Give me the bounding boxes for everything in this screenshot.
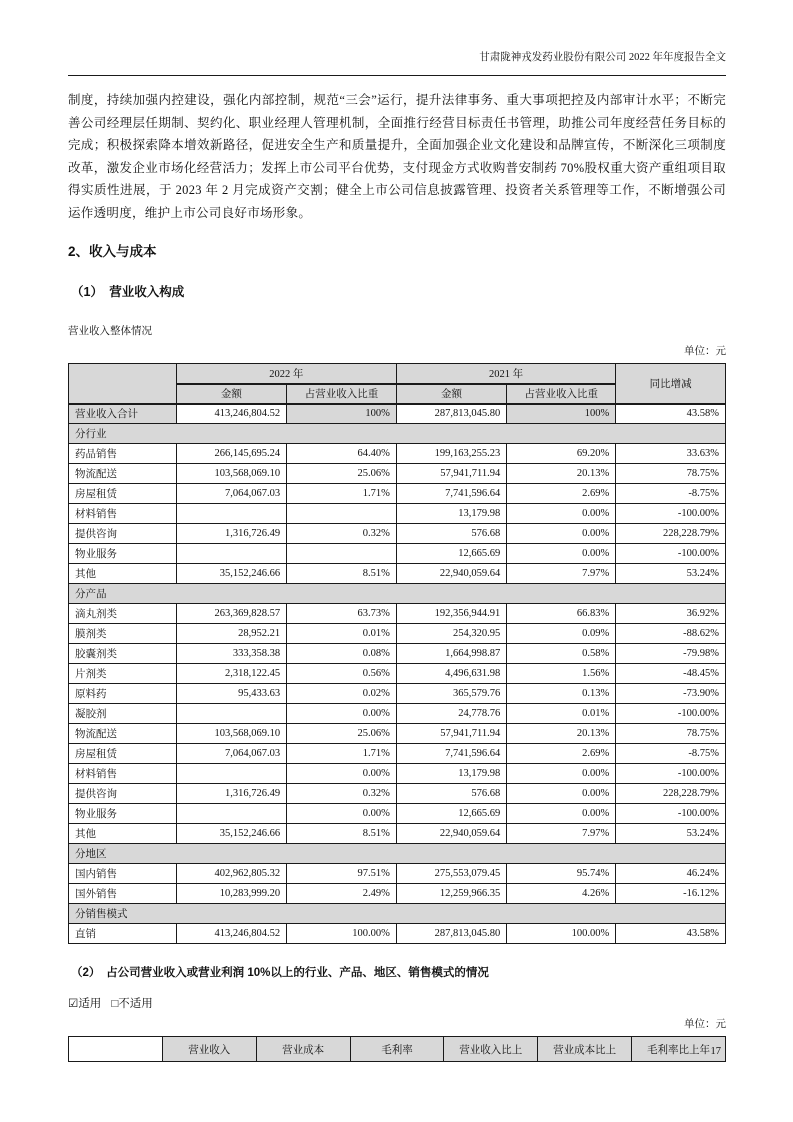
value-cell: 0.09%	[507, 624, 616, 644]
column-header: 毛利率	[350, 1037, 444, 1062]
value-cell: 12,665.69	[396, 544, 506, 564]
value-cell: 254,320.95	[396, 624, 506, 644]
value-cell: 576.68	[396, 784, 506, 804]
value-cell: 7,741,596.64	[396, 484, 506, 504]
column-header: 营业成本	[256, 1037, 350, 1062]
table-row: 其他35,152,246.668.51%22,940,059.647.97%53…	[69, 824, 726, 844]
value-cell: 66.83%	[507, 604, 616, 624]
row-label: 其他	[69, 824, 177, 844]
revenue-table-body: 营业收入合计413,246,804.52100%287,813,045.8010…	[69, 404, 726, 944]
value-cell: -8.75%	[616, 484, 726, 504]
value-cell: 1.71%	[287, 484, 397, 504]
value-cell: 46.24%	[616, 864, 726, 884]
row-label: 胶囊剂类	[69, 644, 177, 664]
value-cell: 24,778.76	[396, 704, 506, 724]
value-cell: 7,064,067.03	[176, 744, 286, 764]
value-cell: 1,316,726.49	[176, 524, 286, 544]
value-cell: 53.24%	[616, 824, 726, 844]
value-cell: 63.73%	[287, 604, 397, 624]
section-row: 分行业	[69, 424, 726, 444]
table-row: 材料销售13,179.980.00%-100.00%	[69, 504, 726, 524]
table-row: 国外销售10,283,999.202.49%12,259,966.354.26%…	[69, 884, 726, 904]
section-label: 分产品	[69, 584, 726, 604]
value-cell: 103,568,069.10	[176, 464, 286, 484]
value-cell: -100.00%	[616, 804, 726, 824]
value-cell: 0.00%	[507, 784, 616, 804]
value-cell: 263,369,828.57	[176, 604, 286, 624]
value-cell: 0.00%	[507, 504, 616, 524]
value-cell: 13,179.98	[396, 764, 506, 784]
value-cell: 402,962,805.32	[176, 864, 286, 884]
table-row-total: 营业收入合计413,246,804.52100%287,813,045.8010…	[69, 404, 726, 424]
value-cell: 100%	[507, 404, 616, 424]
body-paragraph: 制度，持续加强内控建设，强化内部控制，规范“三会”运行，提升法律事务、重大事项把…	[68, 89, 726, 224]
row-label: 材料销售	[69, 504, 177, 524]
table-row: 凝胶剂0.00%24,778.760.01%-100.00%	[69, 704, 726, 724]
value-cell: 13,179.98	[396, 504, 506, 524]
value-cell: 0.00%	[287, 764, 397, 784]
row-label: 膜剂类	[69, 624, 177, 644]
value-cell: 0.00%	[507, 524, 616, 544]
column-header: 营业成本比上	[538, 1037, 632, 1062]
value-cell: -88.62%	[616, 624, 726, 644]
table-row: 滴丸剂类263,369,828.5763.73%192,356,944.9166…	[69, 604, 726, 624]
row-label: 房屋租赁	[69, 484, 177, 504]
value-cell: 2.69%	[507, 744, 616, 764]
corner-cell	[69, 364, 177, 404]
value-cell: 2.69%	[507, 484, 616, 504]
value-cell	[176, 804, 286, 824]
value-cell: 576.68	[396, 524, 506, 544]
value-cell: 7.97%	[507, 824, 616, 844]
section-label: 分行业	[69, 424, 726, 444]
applicability-line: ☑适用□不适用	[68, 997, 726, 1012]
value-cell: 8.51%	[287, 824, 397, 844]
row-label: 材料销售	[69, 764, 177, 784]
value-cell: 1,316,726.49	[176, 784, 286, 804]
value-cell: 0.00%	[507, 544, 616, 564]
unit-label-1: 单位：元	[68, 345, 726, 359]
value-cell: 0.00%	[507, 764, 616, 784]
row-label: 营业收入合计	[69, 404, 177, 424]
value-cell: -79.98%	[616, 644, 726, 664]
unit-label-2: 单位：元	[68, 1018, 726, 1032]
checked-checkbox-icon: ☑	[68, 998, 78, 1010]
running-header: 甘肃陇神戎发药业股份有限公司 2022 年年度报告全文	[68, 0, 726, 76]
not-applicable-label: 不适用	[118, 998, 153, 1010]
value-cell: 228,228.79%	[616, 784, 726, 804]
value-cell: 287,813,045.80	[396, 924, 506, 944]
running-header-title: 甘肃陇神戎发药业股份有限公司 2022 年年度报告全文	[479, 52, 726, 63]
value-cell	[176, 544, 286, 564]
row-label: 药品销售	[69, 444, 177, 464]
value-cell: 53.24%	[616, 564, 726, 584]
section-heading: 2、收入与成本	[68, 243, 726, 260]
value-cell: 43.58%	[616, 404, 726, 424]
value-cell: 4.26%	[507, 884, 616, 904]
value-cell: 413,246,804.52	[176, 924, 286, 944]
row-label: 物流配送	[69, 464, 177, 484]
value-cell: 0.02%	[287, 684, 397, 704]
value-cell: 25.06%	[287, 724, 397, 744]
table-row: 提供咨询1,316,726.490.32%576.680.00%228,228.…	[69, 524, 726, 544]
value-cell: 0.00%	[287, 804, 397, 824]
column-header: 营业收入比上	[444, 1037, 538, 1062]
subsection-1-heading: （1） 营业收入构成	[68, 284, 726, 300]
year-2022-header: 2022 年	[176, 364, 396, 384]
row-label: 片剂类	[69, 664, 177, 684]
value-cell: 0.00%	[507, 804, 616, 824]
value-cell: 78.75%	[616, 724, 726, 744]
value-cell	[287, 544, 397, 564]
table1-caption: 营业收入整体情况	[68, 325, 726, 339]
page-number: 17	[711, 1046, 722, 1057]
value-cell: 35,152,246.66	[176, 564, 286, 584]
value-cell: -8.75%	[616, 744, 726, 764]
value-cell: 413,246,804.52	[176, 404, 286, 424]
value-cell: 22,940,059.64	[396, 824, 506, 844]
not-applicable-option: □不适用	[111, 998, 152, 1010]
value-cell: 1.71%	[287, 744, 397, 764]
value-cell: 69.20%	[507, 444, 616, 464]
applicable-label: 适用	[78, 998, 101, 1010]
row-label: 凝胶剂	[69, 704, 177, 724]
value-cell: 78.75%	[616, 464, 726, 484]
value-cell	[287, 504, 397, 524]
value-cell: 100.00%	[287, 924, 397, 944]
row-label: 提供咨询	[69, 524, 177, 544]
section-row: 分产品	[69, 584, 726, 604]
section-row: 分销售模式	[69, 904, 726, 924]
value-cell: 192,356,944.91	[396, 604, 506, 624]
row-label: 房屋租赁	[69, 744, 177, 764]
table-row: 房屋租赁7,064,067.031.71%7,741,596.642.69%-8…	[69, 744, 726, 764]
value-cell: 2.49%	[287, 884, 397, 904]
revenue-composition-table: 2022 年 2021 年 同比增减 金额 占营业收入比重 金额 占营业收入比重…	[68, 363, 726, 944]
value-cell: 365,579.76	[396, 684, 506, 704]
table-row: 物流配送103,568,069.1025.06%57,941,711.9420.…	[69, 464, 726, 484]
value-cell: 0.58%	[507, 644, 616, 664]
value-cell: -100.00%	[616, 764, 726, 784]
value-cell: 57,941,711.94	[396, 464, 506, 484]
value-cell: 10,283,999.20	[176, 884, 286, 904]
value-cell: 0.08%	[287, 644, 397, 664]
row-label: 物业服务	[69, 544, 177, 564]
value-cell: -48.45%	[616, 664, 726, 684]
value-cell: 100.00%	[507, 924, 616, 944]
table-row: 物业服务12,665.690.00%-100.00%	[69, 544, 726, 564]
value-cell: 100%	[287, 404, 397, 424]
row-label: 物流配送	[69, 724, 177, 744]
value-cell	[176, 704, 286, 724]
table-row: 原料药95,433.630.02%365,579.760.13%-73.90%	[69, 684, 726, 704]
applicable-option: ☑适用	[68, 998, 101, 1010]
value-cell: -73.90%	[616, 684, 726, 704]
row-label: 国外销售	[69, 884, 177, 904]
value-cell: -100.00%	[616, 504, 726, 524]
value-cell: 8.51%	[287, 564, 397, 584]
value-cell: 35,152,246.66	[176, 824, 286, 844]
value-cell: 2,318,122.45	[176, 664, 286, 684]
value-cell: 0.01%	[507, 704, 616, 724]
value-cell: 0.56%	[287, 664, 397, 684]
table-header-row-years: 2022 年 2021 年 同比增减	[69, 364, 726, 384]
value-cell: 28,952.21	[176, 624, 286, 644]
value-cell: -16.12%	[616, 884, 726, 904]
subsection-2-heading: （2） 占公司营业收入或营业利润 10%以上的行业、产品、地区、销售模式的情况	[68, 966, 726, 981]
section-row: 分地区	[69, 844, 726, 864]
row-label: 直销	[69, 924, 177, 944]
segment-table-header-row: 营业收入营业成本毛利率营业收入比上营业成本比上毛利率比上年	[69, 1037, 726, 1062]
value-cell: 64.40%	[287, 444, 397, 464]
yoy-header: 同比增减	[616, 364, 726, 404]
value-cell: 97.51%	[287, 864, 397, 884]
value-cell: 0.01%	[287, 624, 397, 644]
value-cell: 20.13%	[507, 464, 616, 484]
corner-cell	[69, 1037, 163, 1062]
table-row: 国内销售402,962,805.3297.51%275,553,079.4595…	[69, 864, 726, 884]
row-label: 国内销售	[69, 864, 177, 884]
value-cell: 1.56%	[507, 664, 616, 684]
value-cell: 7,064,067.03	[176, 484, 286, 504]
value-cell: 22,940,059.64	[396, 564, 506, 584]
section-label: 分地区	[69, 844, 726, 864]
ratio-2021-header: 占营业收入比重	[507, 384, 616, 404]
table-row: 物业服务0.00%12,665.690.00%-100.00%	[69, 804, 726, 824]
value-cell: 12,259,966.35	[396, 884, 506, 904]
value-cell: 7.97%	[507, 564, 616, 584]
value-cell: 275,553,079.45	[396, 864, 506, 884]
table-row: 房屋租赁7,064,067.031.71%7,741,596.642.69%-8…	[69, 484, 726, 504]
ratio-2022-header: 占营业收入比重	[287, 384, 397, 404]
value-cell: 199,163,255.23	[396, 444, 506, 464]
row-label: 其他	[69, 564, 177, 584]
value-cell: 43.58%	[616, 924, 726, 944]
value-cell: 12,665.69	[396, 804, 506, 824]
value-cell: 0.32%	[287, 784, 397, 804]
value-cell: -100.00%	[616, 704, 726, 724]
table-row: 片剂类2,318,122.450.56%4,496,631.981.56%-48…	[69, 664, 726, 684]
document-page: 甘肃陇神戎发药业股份有限公司 2022 年年度报告全文 制度，持续加强内控建设，…	[0, 0, 793, 1122]
table-row: 材料销售0.00%13,179.980.00%-100.00%	[69, 764, 726, 784]
table-row: 膜剂类28,952.210.01%254,320.950.09%-88.62%	[69, 624, 726, 644]
value-cell: 287,813,045.80	[396, 404, 506, 424]
segment-detail-table: 营业收入营业成本毛利率营业收入比上营业成本比上毛利率比上年	[68, 1036, 726, 1062]
value-cell: 0.32%	[287, 524, 397, 544]
value-cell: 266,145,695.24	[176, 444, 286, 464]
amount-2022-header: 金额	[176, 384, 286, 404]
column-header: 营业收入	[162, 1037, 256, 1062]
value-cell: 0.13%	[507, 684, 616, 704]
value-cell	[176, 764, 286, 784]
table-row: 物流配送103,568,069.1025.06%57,941,711.9420.…	[69, 724, 726, 744]
value-cell: 57,941,711.94	[396, 724, 506, 744]
value-cell: 0.00%	[287, 704, 397, 724]
value-cell: 95.74%	[507, 864, 616, 884]
value-cell: 4,496,631.98	[396, 664, 506, 684]
year-2021-header: 2021 年	[396, 364, 615, 384]
table-row: 胶囊剂类333,358.380.08%1,664,998.870.58%-79.…	[69, 644, 726, 664]
value-cell: -100.00%	[616, 544, 726, 564]
row-label: 物业服务	[69, 804, 177, 824]
section-label: 分销售模式	[69, 904, 726, 924]
value-cell: 333,358.38	[176, 644, 286, 664]
amount-2021-header: 金额	[396, 384, 506, 404]
table-row: 直销413,246,804.52100.00%287,813,045.80100…	[69, 924, 726, 944]
row-label: 提供咨询	[69, 784, 177, 804]
value-cell: 1,664,998.87	[396, 644, 506, 664]
row-label: 滴丸剂类	[69, 604, 177, 624]
value-cell: 103,568,069.10	[176, 724, 286, 744]
value-cell: 36.92%	[616, 604, 726, 624]
value-cell: 7,741,596.64	[396, 744, 506, 764]
value-cell: 33.63%	[616, 444, 726, 464]
row-label: 原料药	[69, 684, 177, 704]
value-cell: 20.13%	[507, 724, 616, 744]
table-row: 药品销售266,145,695.2464.40%199,163,255.2369…	[69, 444, 726, 464]
value-cell: 95,433.63	[176, 684, 286, 704]
table-row: 提供咨询1,316,726.490.32%576.680.00%228,228.…	[69, 784, 726, 804]
value-cell: 25.06%	[287, 464, 397, 484]
value-cell: 228,228.79%	[616, 524, 726, 544]
value-cell	[176, 504, 286, 524]
table-row: 其他35,152,246.668.51%22,940,059.647.97%53…	[69, 564, 726, 584]
